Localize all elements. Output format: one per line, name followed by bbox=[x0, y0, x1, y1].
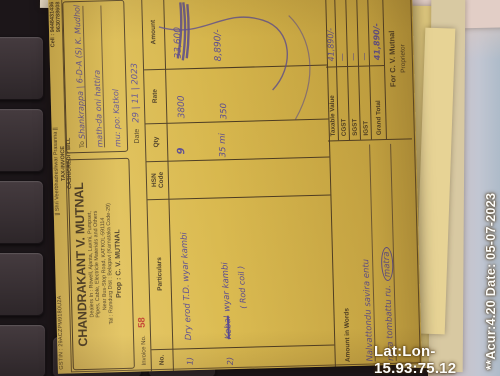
firm-box: CHANDRAKANT V. MUTNAL Dealers In : Rowel… bbox=[67, 158, 135, 371]
invoice-no-value: 58 bbox=[137, 317, 148, 328]
keyboard-key bbox=[0, 252, 44, 316]
keyboard-key bbox=[0, 36, 44, 100]
to-handwriting-3: mu: po: Katkol bbox=[111, 89, 122, 147]
pen-scribble-overlay bbox=[142, 0, 335, 371]
items-table: No. Particulars HSN Code Qty Rate Amount… bbox=[141, 0, 336, 371]
phone-2: 9630788608 bbox=[55, 1, 62, 32]
igst-value: — bbox=[359, 52, 368, 60]
invoice-no-label: Invoice No. bbox=[141, 335, 148, 365]
signature-block: For C. V. Mutnal Proprietor bbox=[386, 0, 408, 125]
tax-summary-table: Taxable Value41,890/- CGST— SGST— IGST— … bbox=[324, 0, 386, 141]
photo-scene: I GSTIN : 29ACZPM9180U2A || Shri Veerbha… bbox=[0, 0, 500, 376]
gps-watermark-accuracy-date: **Acur:4.20 Date: 05-07-2023 bbox=[484, 120, 500, 370]
gstin-text: GSTIN : 29ACZPM9180U2A bbox=[57, 295, 72, 369]
cell-numbers: Cell : 9448431436 9630788608 bbox=[49, 1, 63, 47]
taxable-value-label: Taxable Value bbox=[326, 66, 338, 140]
gps-watermark-latlon: Lat:Lon-15.93:75.12 bbox=[374, 343, 500, 376]
sgst-label: SGST bbox=[348, 66, 360, 140]
grand-total-value: 41,890/- bbox=[371, 23, 381, 60]
to-address-box: To Shankrappa | 6-D-A (S) K. Mudhol math… bbox=[62, 0, 128, 153]
amount-words-circled: matra bbox=[381, 247, 394, 281]
invoice-bill-rotated: GSTIN : 29ACZPM9180U2A || Shri Veerbhadr… bbox=[48, 0, 422, 374]
for-firm-line: For C. V. Mutnal bbox=[386, 0, 398, 125]
cgst-value: — bbox=[337, 53, 346, 61]
keyboard-key bbox=[0, 108, 44, 172]
date-handwritten: 29 | 11 | 2023 bbox=[130, 63, 142, 123]
cell-label: Cell : bbox=[50, 34, 56, 48]
igst-label: IGST bbox=[359, 65, 371, 139]
proprietor-line: Proprietor bbox=[398, 0, 408, 125]
keyboard-key bbox=[0, 180, 44, 244]
grand-total-label: Grand Total bbox=[370, 65, 386, 139]
keyboard-key bbox=[0, 324, 46, 376]
to-label: To bbox=[79, 141, 86, 148]
cgst-label: CGST bbox=[337, 66, 349, 140]
amount-in-words-label: Amount in Words bbox=[343, 308, 351, 362]
sgst-value: — bbox=[348, 53, 357, 61]
amount-in-words-box: Amount in Words Nalvattondu savira entu … bbox=[328, 138, 418, 366]
date-label: Date bbox=[134, 129, 141, 144]
taxable-value: 41,890/- bbox=[326, 28, 336, 62]
invoice-bill: GSTIN : 29ACZPM9180U2A || Shri Veerbhadr… bbox=[48, 0, 422, 374]
